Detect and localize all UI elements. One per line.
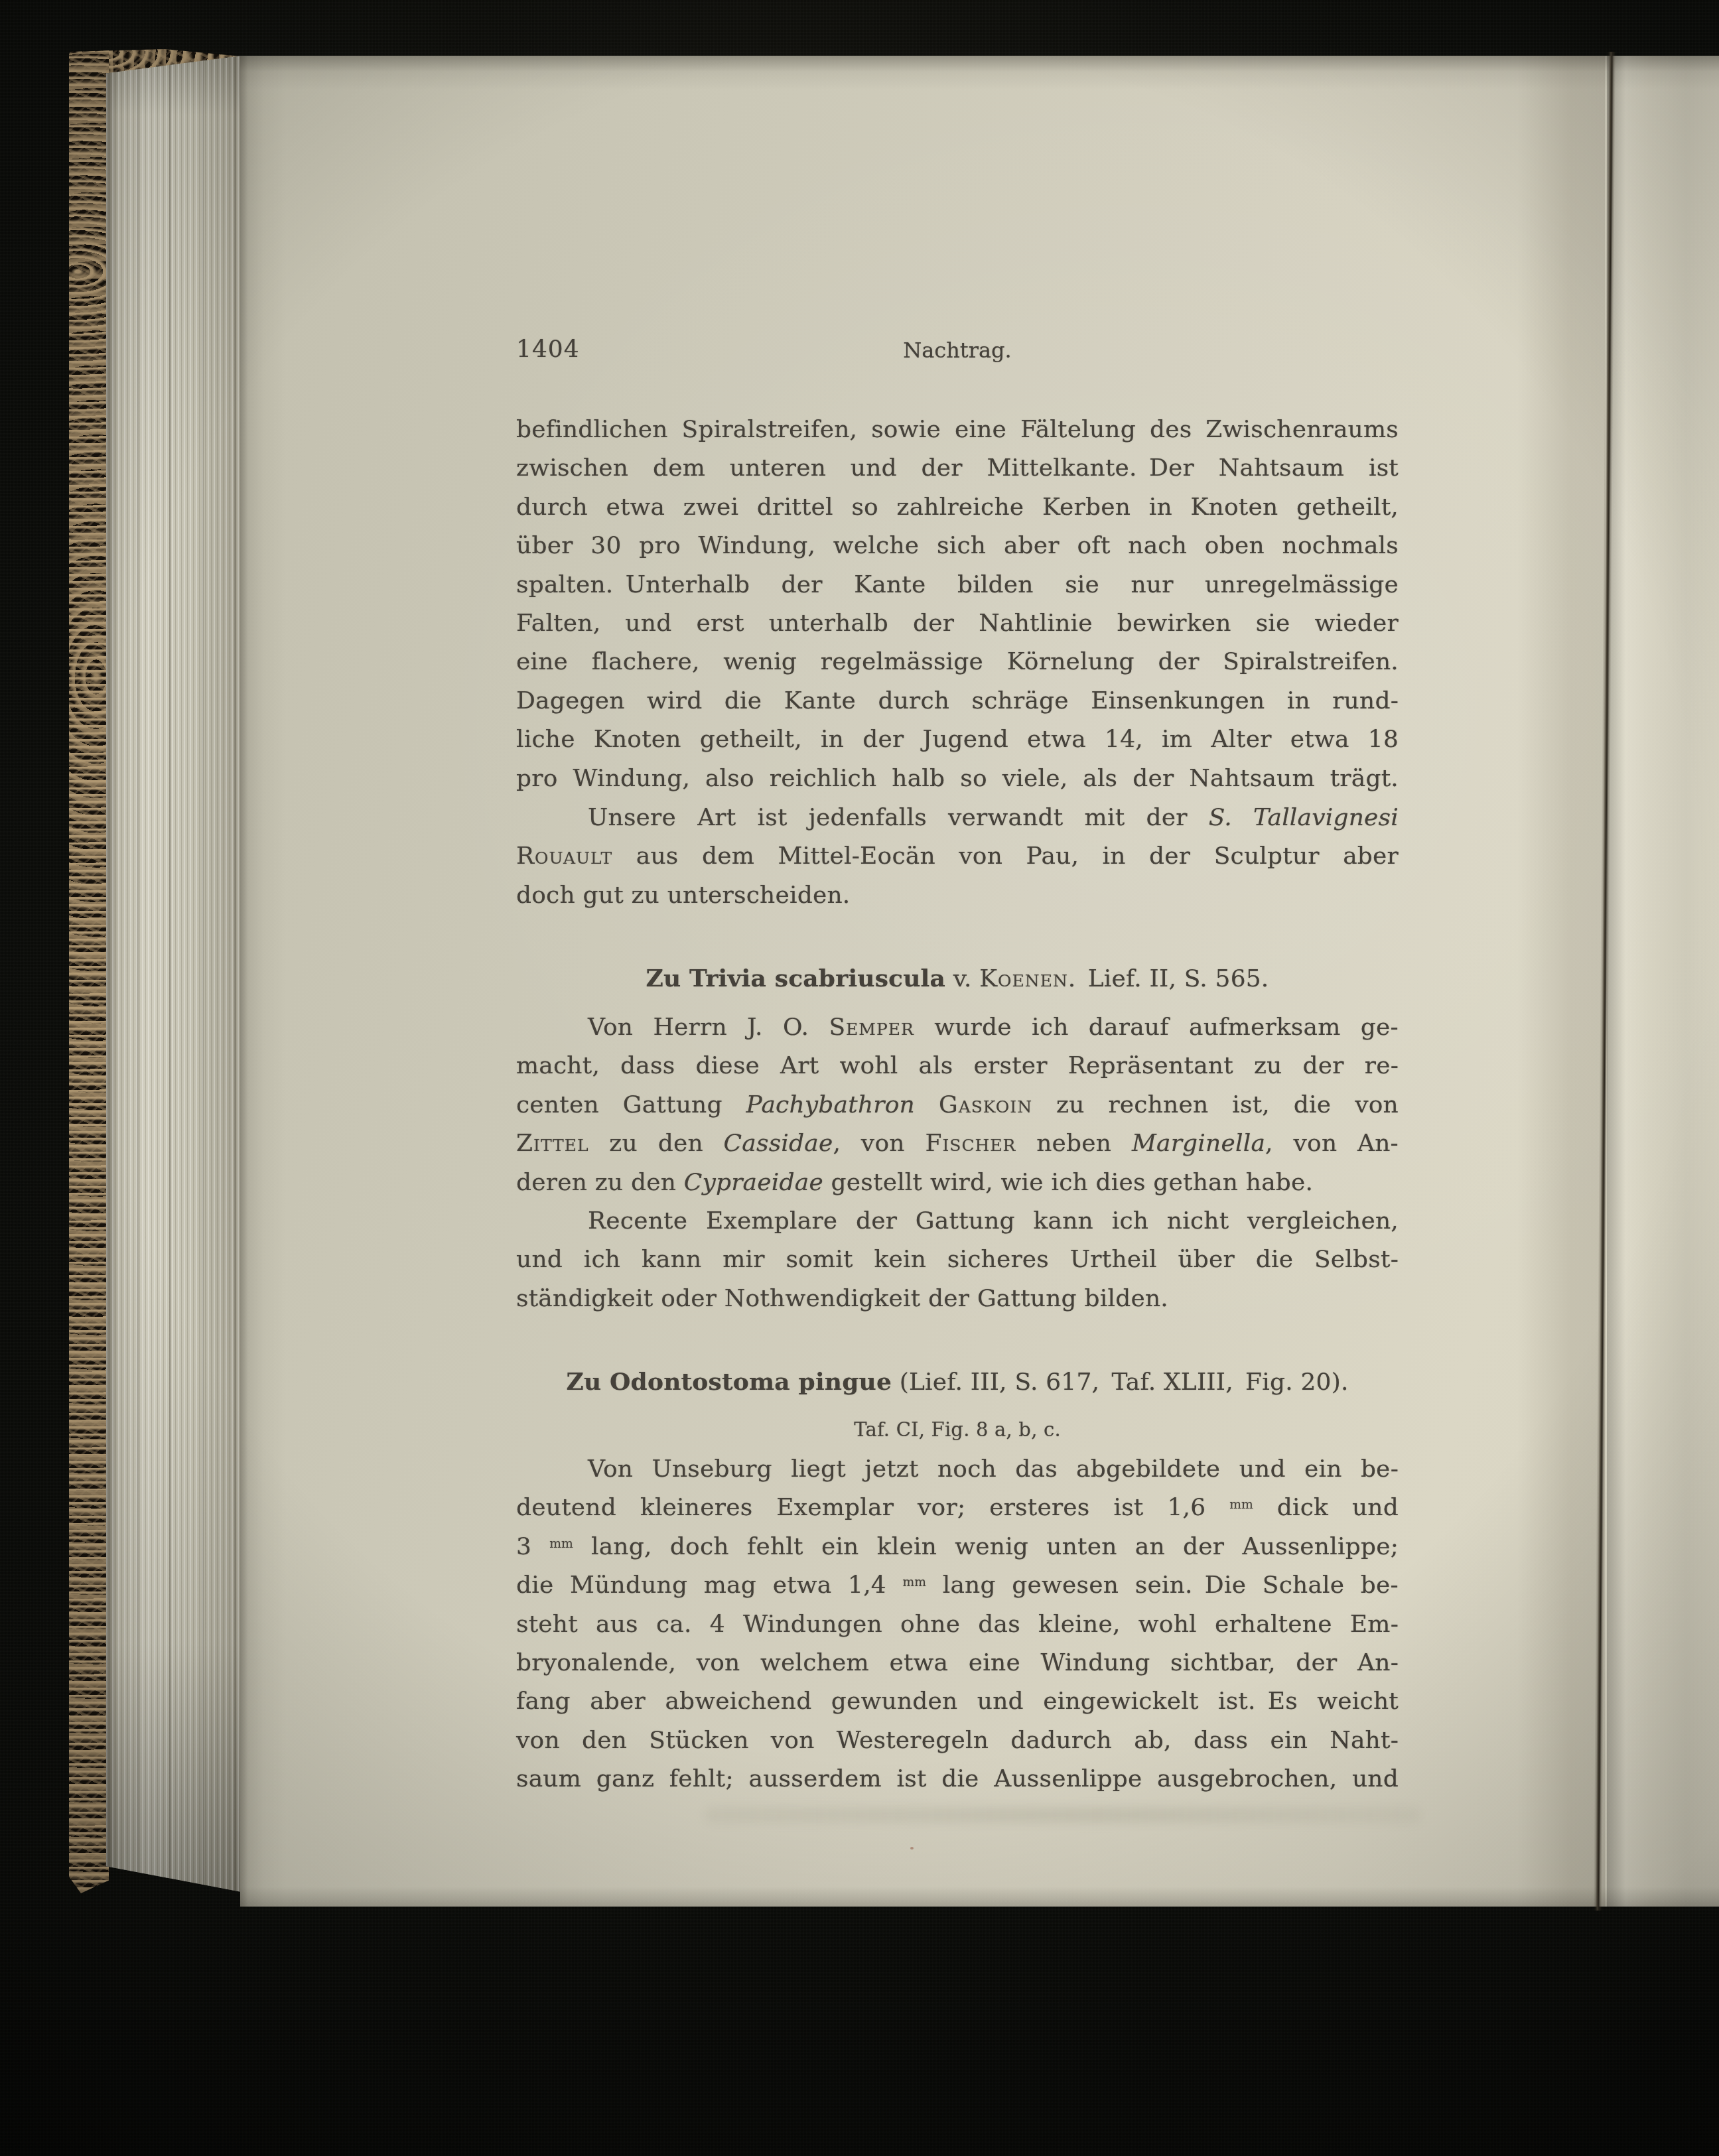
heading-trivia-scabriuscula: Zu Trivia scabriuscula v. Koenen. Lief. … (516, 959, 1399, 998)
text-line: spalten. Unterhalb der Kante bilden sie … (516, 566, 1399, 604)
text-line: bryonalende, von welchem etwa eine Windu… (516, 1644, 1399, 1682)
text-line: Von Herrn J. O. Semper wurde ich darauf … (516, 1008, 1399, 1047)
paragraph-unseburg: Von Unseburg liegt jetzt noch das abgebi… (516, 1450, 1399, 1799)
text-line: Dagegen wird die Kante durch schräge Ein… (516, 682, 1399, 720)
text-line: deren zu den Cypraeidae gestellt wird, w… (516, 1164, 1399, 1202)
text-line: von den Stücken von Westeregeln dadurch … (516, 1721, 1399, 1760)
text-line: pro Windung, also reichlich halb so viel… (516, 760, 1399, 798)
text-line: Zu Trivia scabriuscula v. Koenen. Lief. … (516, 959, 1399, 998)
paragraph-continued: befindlichen Spiralstreifen, sowie eine … (516, 411, 1399, 798)
paragraph-recente: Recente Exemplare der Gattung kann ich n… (516, 1202, 1399, 1318)
page-fore-edges (106, 56, 241, 1901)
text-line: Unsere Art ist jedenfalls verwandt mit d… (516, 799, 1399, 837)
text-line: ständigkeit oder Nothwendigkeit der Gatt… (516, 1280, 1399, 1318)
subheading-tafel: Taf. CI, Fig. 8 a, b, c. (516, 1410, 1399, 1449)
page-text: befindlichen Spiralstreifen, sowie eine … (240, 56, 1719, 1907)
text-line: eine flachere, wenig regelmässige Körnel… (516, 643, 1399, 681)
text-line: liche Knoten getheilt, in der Jugend etw… (516, 720, 1399, 759)
text-line: Zu Odontostoma pingue (Lief. III, S. 617… (516, 1363, 1399, 1401)
text-line: doch gut zu unterscheiden. (516, 876, 1399, 915)
text-line: Recente Exemplare der Gattung kann ich n… (516, 1202, 1399, 1241)
paper-speck (910, 1847, 914, 1850)
text-line: fang aber abweichend gewunden und eingew… (516, 1682, 1399, 1721)
text-line: durch etwa zwei drittel so zahlreiche Ke… (516, 488, 1399, 527)
text-line: die Mündung mag etwa 1,4 mm lang gewesen… (516, 1566, 1399, 1605)
book-photo: 1404 Nachtrag. befindlichen Spiralstreif… (0, 0, 1719, 2156)
text-line: befindlichen Spiralstreifen, sowie eine … (516, 411, 1399, 449)
book-page: 1404 Nachtrag. befindlichen Spiralstreif… (240, 56, 1719, 1907)
text-line: macht, dass diese Art wohl als erster Re… (516, 1047, 1399, 1085)
text-line: 3 mm lang, doch fehlt ein klein wenig un… (516, 1528, 1399, 1566)
book-cover-marbled-edge (69, 50, 109, 1893)
heading-odontostoma-pingue: Zu Odontostoma pingue (Lief. III, S. 617… (516, 1363, 1399, 1401)
text-line: deutend kleineres Exemplar vor; ersteres… (516, 1489, 1399, 1527)
text-line: und ich kann mir somit kein sicheres Urt… (516, 1241, 1399, 1279)
text-line: centen Gattung Pachybathron Gaskoin zu r… (516, 1086, 1399, 1124)
text-line: über 30 pro Windung, welche sich aber of… (516, 527, 1399, 565)
text-line: Zittel zu den Cassidae, von Fischer nebe… (516, 1124, 1399, 1163)
text-line: zwischen dem unteren und der Mittelkante… (516, 449, 1399, 488)
verso-show-through (705, 1807, 1421, 1823)
text-line: Taf. CI, Fig. 8 a, b, c. (516, 1410, 1399, 1449)
text-line: Von Unseburg liegt jetzt noch das abgebi… (516, 1450, 1399, 1489)
paragraph-semper: Von Herrn J. O. Semper wurde ich darauf … (516, 1008, 1399, 1202)
text-line: saum ganz fehlt; ausserdem ist die Ausse… (516, 1760, 1399, 1798)
text-line: steht aus ca. 4 Windungen ohne das klein… (516, 1605, 1399, 1644)
text-line: Falten, und erst unterhalb der Nahtlinie… (516, 604, 1399, 643)
paragraph-unsere-art: Unsere Art ist jedenfalls verwandt mit d… (516, 799, 1399, 915)
text-line: Rouault aus dem Mittel-Eocän von Pau, in… (516, 837, 1399, 876)
